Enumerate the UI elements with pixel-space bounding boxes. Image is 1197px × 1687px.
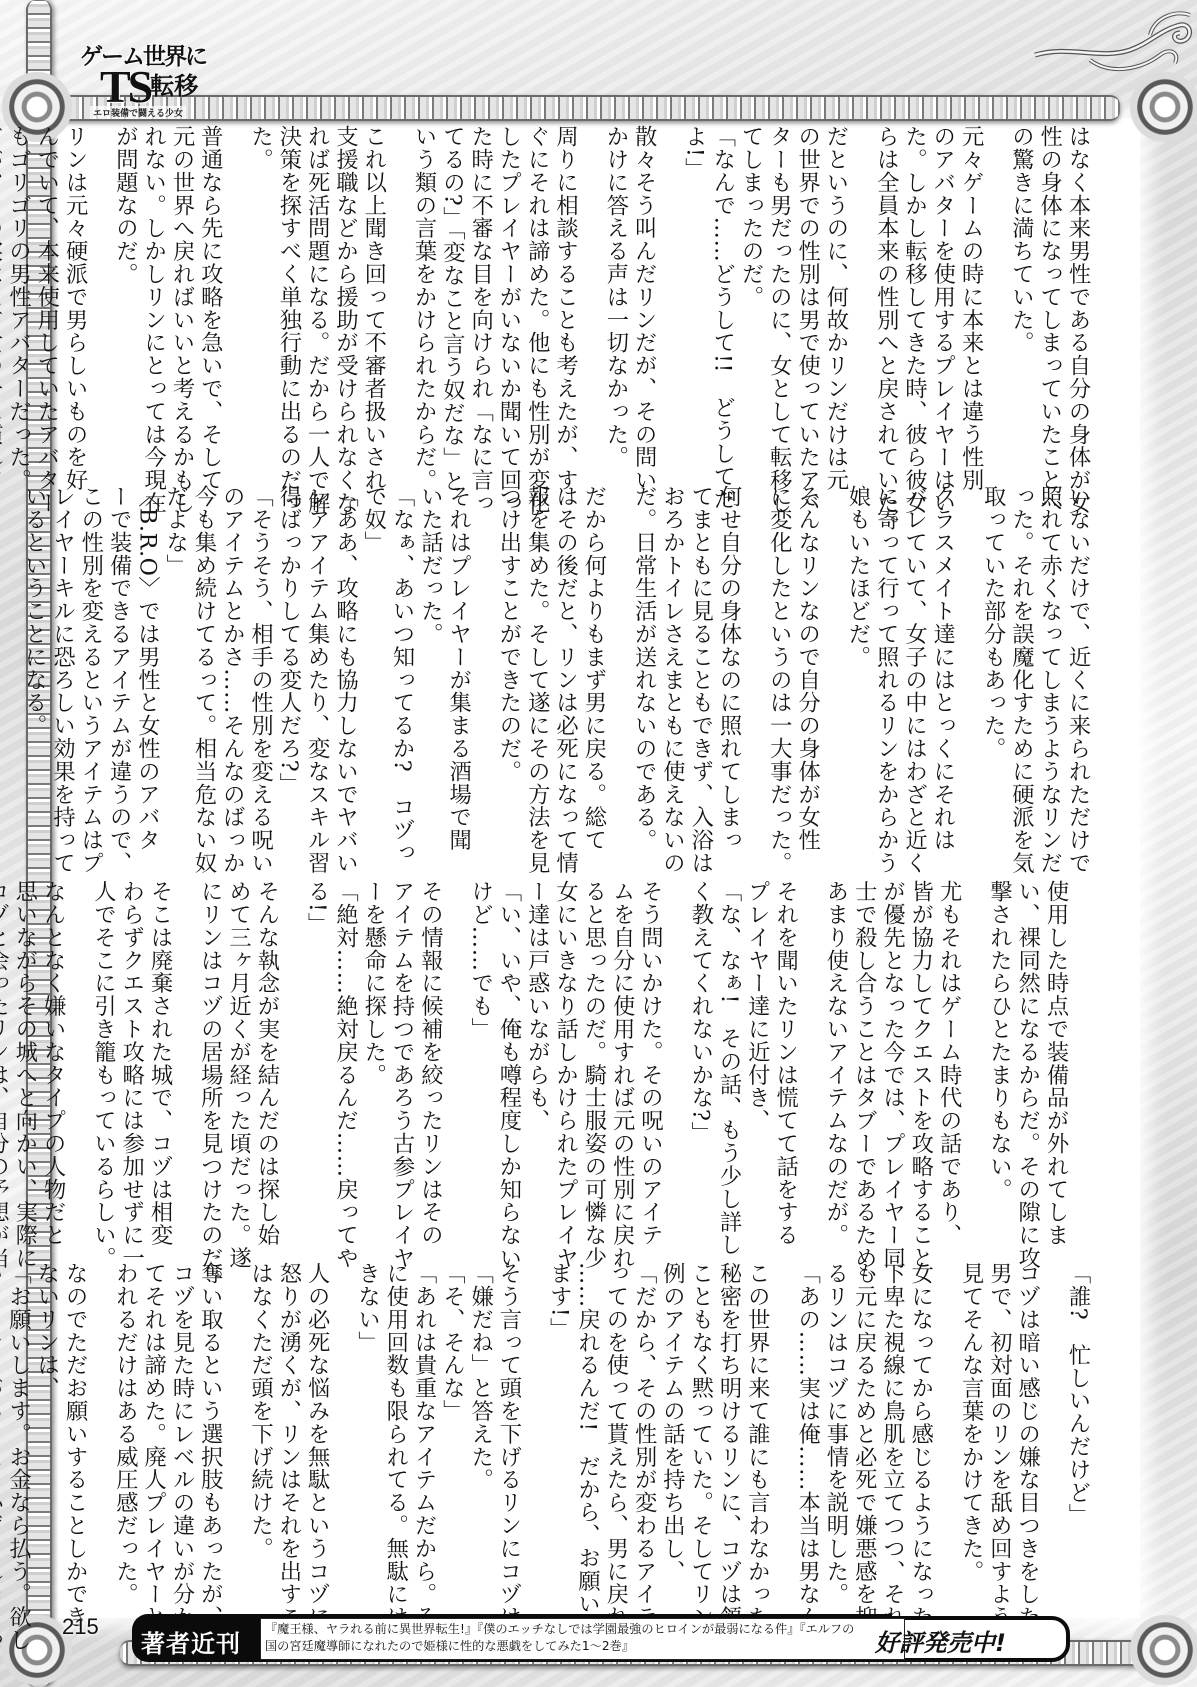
text-column: れない。しかしリンにとっては今現在 xyxy=(139,125,167,465)
text-column: したプレイヤーがいないか聞いて回っ xyxy=(495,125,523,465)
text-column: てるの?」「変なこと言う奴だな」と xyxy=(438,125,466,465)
text-column: 人の必死な悩みを無駄というコヅに xyxy=(303,1262,353,1607)
text-column: く教えてくれないかな?」 xyxy=(686,880,714,1230)
text-column: い、裸同然になるからだ。その隙に攻 xyxy=(1013,880,1041,1230)
text-column: に使用回数も限られてる。無駄にはで xyxy=(381,1262,409,1607)
logo-subtitle: エロ装備で闘える少女 xyxy=(90,106,186,119)
text-column: 周りに相談することも考えたが、す xyxy=(551,125,601,465)
text-column: 報を集めた。そして遂にその方法を見 xyxy=(523,485,551,830)
text-column: バレていて、女子の中にはわざと近く xyxy=(900,485,928,830)
text-column: だというのに、何故かリンだけは元 xyxy=(822,125,872,465)
text-column: 奪い取るという選択肢もあったが、 xyxy=(196,1262,246,1607)
text-column: 普通なら先に攻略を急いで、そして xyxy=(196,125,246,465)
text-column: そこは廃棄された城で、コヅは相変 xyxy=(146,880,196,1230)
text-column: ってのを使って貰えたら、男に戻れる xyxy=(602,1262,630,1607)
text-column: そんなリンなので自分の身体が女性 xyxy=(793,485,843,830)
text-band-3: 使用した時点で装備品が外れてしまい、裸同然になるからだ。その隙に攻撃されたらひと… xyxy=(74,880,1092,1230)
text-column: 得ばっかりしてる変人だろ?」 xyxy=(275,485,303,830)
text-column: レアアイテム集めたり、変なスキル習 xyxy=(303,485,331,830)
text-column: にリンはコヅの居場所を見つけたのだ。 xyxy=(196,880,224,1230)
promo-titles-line1: 『魔王様、ヤラれる前に異世界転生!』『僕のエッチなしでは学園最強のヒロインが最弱… xyxy=(265,1621,900,1638)
text-column: ムを自分に使用すれば元の性別に戻れ xyxy=(608,880,636,1230)
text-column: る!」 xyxy=(303,880,331,1230)
text-column: 怒りが湧くが、リンはそれを出すこと xyxy=(275,1262,303,1607)
text-column: の世界での性別は男で使っていたアバ xyxy=(793,125,821,465)
text-column: 「あの……実は俺……本当は男なんだ」 xyxy=(793,1262,821,1607)
text-column: のアバターを使用するプレイヤーはい xyxy=(929,125,957,465)
text-column: らは全員本来の性別へと戻されていた。 xyxy=(872,125,900,465)
promo-badge: 好評発売中! xyxy=(875,1623,1006,1658)
text-column: おろかトイレさえまともに使えないの xyxy=(658,485,686,830)
text-column: ーを懸命に探した。 xyxy=(359,880,387,1230)
text-column: 人でそこに引き籠もっているらしい。 xyxy=(89,880,117,1230)
logo-ts: TS xyxy=(100,61,150,112)
text-column: に変化したというのは一大事だった。 xyxy=(765,485,793,830)
text-column: コヅは暗い感じの嫌な目つきをした xyxy=(1013,1262,1063,1607)
text-column: 元々ゲームの時に本来とは違う性別 xyxy=(957,125,1007,465)
text-column: わらずクエスト攻略には参加せずに一 xyxy=(117,880,145,1230)
text-column: 「お願いします。お金なら払う。欲し xyxy=(4,1262,32,1607)
text-column: この性別を変えるというアイテムはプ xyxy=(77,485,105,830)
text-column: それはプレイヤーが集まる酒場で聞 xyxy=(444,485,494,830)
text-column: 「絶対……絶対戻るんだ……戻ってや xyxy=(331,880,359,1230)
text-column: ると思ったのだ。騎士服姿の可憐な少 xyxy=(580,880,608,1230)
text-column: そんな執念が実を結んだのは探し始 xyxy=(253,880,303,1230)
text-column: てそれは諦めた。廃人プレイヤーと言 xyxy=(139,1262,167,1607)
text-column: こともなく黙っていた。そしてリンが xyxy=(686,1262,714,1607)
text-column: 女になってから感じるようになった xyxy=(907,1262,957,1607)
text-band-2: いないだけで、近くに来られただけで照れて赤くなってしまうようなリンだった。それを… xyxy=(74,485,1092,830)
scroll-flourish-icon xyxy=(1030,5,1195,85)
text-column: これ以上聞き回って不審者扱いされ、 xyxy=(359,125,409,465)
text-column: 「誰? 忙しいんだけど」 xyxy=(1064,1262,1092,1607)
text-column: 秘密を打ち明けるリンに、コヅは頷く xyxy=(715,1262,743,1607)
text-column: 決策を探すべく単独行動に出るのだっ xyxy=(275,125,303,465)
text-column: 照れて赤くなってしまうようなリンだ xyxy=(1035,485,1063,830)
text-column: 尤もそれはゲーム時代の話であり、 xyxy=(935,880,985,1230)
text-column: だから何よりもまず男に戻る。総て xyxy=(580,485,630,830)
text-column: いないだけで、近くに来られただけで xyxy=(1064,485,1092,830)
text-column: て奴」 xyxy=(359,485,387,830)
logo-tenni: 転移 xyxy=(150,72,198,100)
text-column: 下卑た視線に鳥肌を立てつつ、それで xyxy=(878,1262,906,1607)
text-column: レイヤーキルに恐ろしい効果を持って xyxy=(48,485,76,830)
text-column: われるだけはある威圧感だった。 xyxy=(111,1262,139,1607)
text-column: 「だから、その性別が変わるアイテム xyxy=(630,1262,658,1607)
text-column: 「なんで……どうして!! どうしてだ xyxy=(708,125,736,465)
text-column: あまり使えないアイテムなのだが。 xyxy=(822,880,850,1230)
text-column: ー達は戸惑いながらも、 xyxy=(523,880,551,1230)
text-column: ないリンは、 xyxy=(33,1262,61,1607)
text-column: 見てそんな言葉をかけてきた。 xyxy=(957,1262,985,1607)
page-number: 215 xyxy=(62,1614,99,1640)
text-column: けど……でも」 xyxy=(466,880,494,1230)
text-column: 「そうそう、相手の性別を変える呪い xyxy=(246,485,274,830)
text-column: 元の世界へ戻ればいいと考えるかもし xyxy=(168,125,196,465)
bottom-right-knot-ornament xyxy=(1130,1615,1197,1685)
text-column: だ。日常生活が送れないのである。 xyxy=(630,485,658,830)
text-column: はなく本来男性である自分の身体が女 xyxy=(1064,125,1092,465)
text-column: もゴリゴリの男性アバターだった。 xyxy=(4,125,32,465)
text-column: ……戻れるんだ! だから、お願いし xyxy=(573,1262,601,1607)
text-column: そう言って頭を下げるリンにコヅは xyxy=(495,1262,545,1607)
text-column: れば死活問題になる。だから一人で解 xyxy=(303,125,331,465)
text-column: クラスメイト達にはとっくにそれは xyxy=(929,485,979,830)
text-column: いた話だった。 xyxy=(416,485,444,830)
text-column: の驚きに満ちていた。 xyxy=(1007,125,1035,465)
text-column: 〈B.R.O〉では男性と女性のアバタ xyxy=(133,485,161,830)
text-column: ます!」 xyxy=(545,1262,573,1607)
text-column: なんとなく嫌いなタイプの人物だと xyxy=(39,880,89,1230)
text-column: はなくただ頭を下げ続けた。 xyxy=(246,1262,274,1607)
text-column: 取っていた部分もあった。 xyxy=(979,485,1007,830)
text-column: た。 xyxy=(246,125,274,465)
text-column: 散々そう叫んだリンだが、その問い xyxy=(630,125,680,465)
text-column: るリンはコヅに事情を説明した。 xyxy=(822,1262,850,1607)
text-band-1: はなく本来男性である自分の身体が女性の身体になってしまっていたことへの驚きに満ち… xyxy=(74,125,1092,465)
text-column: 思いながらその城へと向かい、実際に xyxy=(11,880,39,1230)
text-column: 性の身体になってしまっていたことへ xyxy=(1035,125,1063,465)
text-column: いう類の言葉をかけられたからだ。 xyxy=(410,125,438,465)
text-column: プレイヤー達に近付き、 xyxy=(743,880,771,1230)
text-column: 使用した時点で装備品が外れてしま xyxy=(1042,880,1092,1230)
text-column: はその後だと、リンは必死になって情 xyxy=(551,485,579,830)
text-column: に寄って行って照れるリンをからかう xyxy=(872,485,900,830)
text-column: かけに答える声は一切なかった。 xyxy=(602,125,630,465)
text-column: てしまったのだ。 xyxy=(737,125,765,465)
text-column: んでいて、本来使用していたアバター xyxy=(33,125,61,465)
text-column: 「な、なぁ! その話、もう少し詳し xyxy=(715,880,743,1230)
text-column: きない」 xyxy=(353,1262,381,1607)
text-column: 「い、いや、俺も噂程度しか知らない xyxy=(495,880,523,1230)
text-column: ぐにそれは諦めた。他にも性別が変化 xyxy=(523,125,551,465)
text-column: た時に不審な目を向けられ「なに言っ xyxy=(466,125,494,465)
text-column: アイテムを持つであろう古参プレイヤ xyxy=(388,880,416,1230)
text-column: コヅと会ったリンは、自分の予想が当 xyxy=(0,880,11,1230)
text-column: そう問いかけた。その呪いのアイテ xyxy=(636,880,686,1230)
text-column: だよな」 xyxy=(161,485,189,830)
text-column: 「なぁ、あいつ知ってるか? コヅっ xyxy=(388,485,416,830)
text-column: リンは元々硬派で男らしいものを好 xyxy=(61,125,111,465)
text-column: その情報に候補を絞ったリンはその xyxy=(416,880,466,1230)
text-column: が問題なのだ。 xyxy=(111,125,139,465)
text-column: も元に戻るためと必死で嫌悪感を抑え xyxy=(850,1262,878,1607)
text-column: よ!」 xyxy=(680,125,708,465)
text-column: 「ああ、攻略にも協力しないでヤバい xyxy=(331,485,359,830)
promo-titles: 『魔王様、ヤラれる前に異世界転生!』『僕のエッチなしでは学園最強のヒロインが最弱… xyxy=(260,1618,905,1660)
text-column: コヅを見た時にレベルの違いが分かっ xyxy=(168,1262,196,1607)
text-column: 士で殺し合うことはタブーであるため、 xyxy=(850,880,878,1230)
text-column: ターも男だったのに、女として転移し xyxy=(765,125,793,465)
text-column: 「あれは貴重なアイテムだから。それ xyxy=(410,1262,438,1607)
text-column: だが、その実はただ女の子に慣れて xyxy=(0,125,4,465)
text-column: いるということになる。 xyxy=(20,485,48,830)
promo-titles-line2: 国の宮廷魔導師になれたので姫様に性的な悪戯をしてみた1〜2巻』 xyxy=(265,1638,900,1655)
text-column: それを聞いたリンは慌てて話をする xyxy=(771,880,821,1230)
text-column: 娘もいたほどだ。 xyxy=(844,485,872,830)
text-column: 「そ、そんな」 xyxy=(438,1262,466,1607)
series-logo: ゲーム世界に TS転移 エロ装備で闘える少女 xyxy=(80,38,230,116)
text-column: なのでただお願いすることしかでき xyxy=(61,1262,111,1607)
text-band-4: 「誰? 忙しいんだけど」コヅは暗い感じの嫌な目つきをした男で、初対面のリンを舐め… xyxy=(74,1262,1092,1607)
text-column: 支援職などから援助が受けられなくな xyxy=(331,125,359,465)
text-column: てまともに見ることもできず、入浴は xyxy=(686,485,714,830)
text-column: この世界に来て誰にも言わなかった xyxy=(743,1262,793,1607)
promo-label: 著者近刊 xyxy=(141,1624,241,1659)
text-column: めて三ヶ月近くが経った頃だった。遂 xyxy=(224,880,252,1230)
text-column: つけ出すことができたのだ。 xyxy=(495,485,523,830)
text-column: 女にいきなり話しかけられたプレイヤ xyxy=(551,880,579,1230)
text-column: 今も集め続けてるって。相当危ない奴 xyxy=(190,485,218,830)
text-column: が優先となった今では、プレイヤー同 xyxy=(878,880,906,1230)
text-column: 何せ自分の身体なのに照れてしまっ xyxy=(715,485,765,830)
text-column: のアイテムとかさ……そんなのばっか xyxy=(218,485,246,830)
text-column: いアイテムがあるなら必ずそれをとっ xyxy=(0,1262,4,1607)
text-column: 撃されたらひとたまりもない。 xyxy=(985,880,1013,1230)
text-column: 皆が協力してクエストを攻略すること xyxy=(907,880,935,1230)
text-column: った。それを誤魔化すために硬派を気 xyxy=(1007,485,1035,830)
text-column: 「嫌だね」と答えた。 xyxy=(466,1262,494,1607)
text-column: た。しかし転移してきた時、彼ら彼女 xyxy=(900,125,928,465)
text-column: ーで装備できるアイテムが違うので、 xyxy=(105,485,133,830)
text-column: 男で、初対面のリンを舐め回すように xyxy=(985,1262,1013,1607)
text-column: 例のアイテムの話を持ち出し、 xyxy=(658,1262,686,1607)
